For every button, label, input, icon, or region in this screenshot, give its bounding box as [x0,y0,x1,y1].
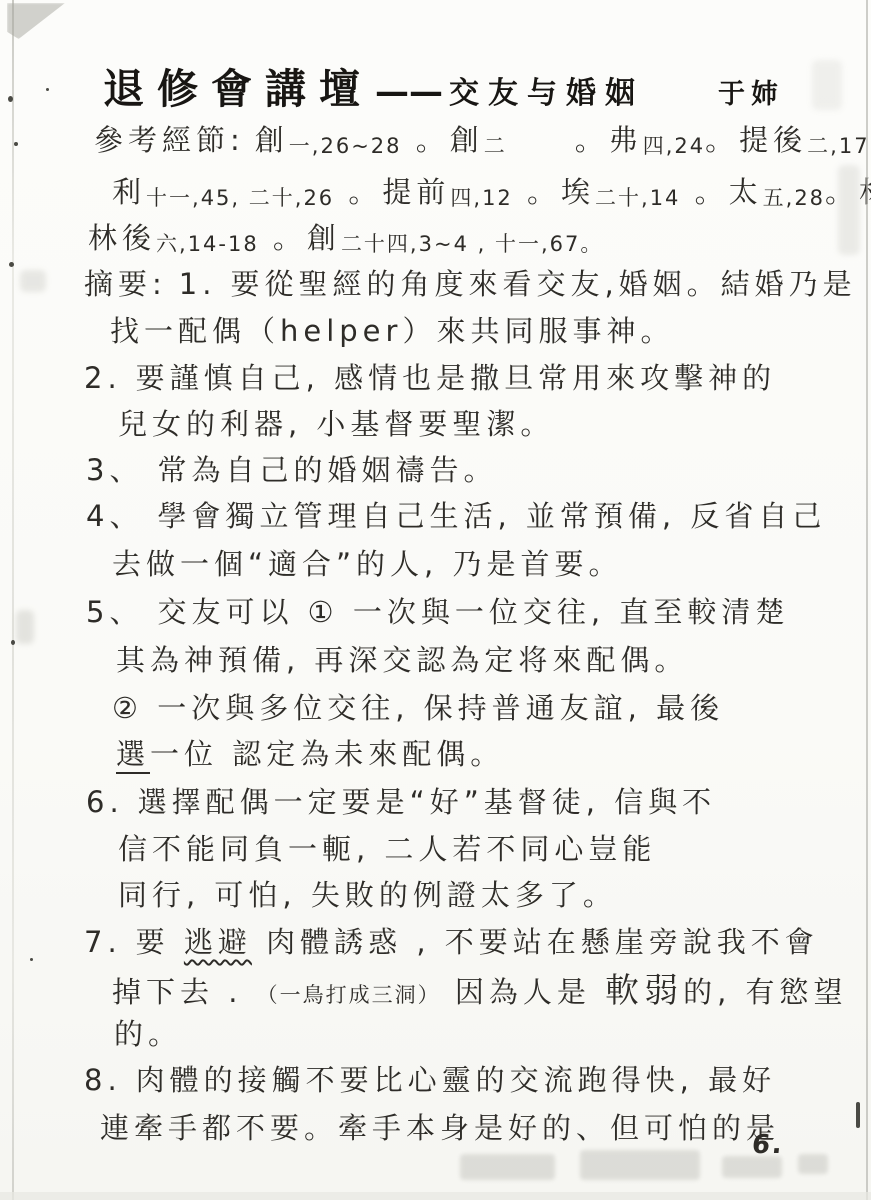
page-number: 6. [750,1130,785,1160]
scanned-document-page: 退修會講壇——交友与婚姻于姉 參考經節:創一,26~28 。創二 。弗四,24。… [0,0,871,1200]
text-segment: 二十,14 [595,186,680,210]
text-segment: 同行, 可怕, 失敗的例證太多了。 [118,878,617,912]
note-text: 要 逃避 肉體誘惑 , 不要站在懸崖旁說我不會 [136,925,819,959]
title-dash: —— [375,72,443,112]
item-number: 1. [179,267,217,301]
scripture-references-line-3: 林後六,14-18 。創二十四,3~4 , 十一,67。 [88,220,603,257]
scan-smudge [838,165,860,255]
ghost-bleed-blob [460,1154,555,1180]
text-segment: ② 一次與多位交往, 保持普通友誼, 最後 [112,691,724,725]
text-segment: 去做一個“適合”的人, 乃是首要。 [112,547,623,581]
text-segment: 。埃 [513,175,595,209]
text-segment: 要 [136,925,184,959]
summary-label: 摘要: [84,267,167,301]
text-segment: 要從聖經的角度來看交友,婚姻。結婚乃是 [230,267,856,301]
text-segment: 二,17 [807,134,869,158]
text-segment: 軟弱 [605,971,683,1011]
note-text: 選擇配偶一定要是“好”基督徒, 信與不 [138,785,717,819]
summary-item-2-line-2: 兒女的利器, 小基督要聖潔。 [118,406,554,442]
text-segment: 掉下去 . [112,975,257,1009]
text-segment: 十一,45, 二十,26 [146,186,334,210]
text-segment: 兒女的利器, 小基督要聖潔。 [118,407,554,441]
text-segment: 交友可以 ① 一次與一位交往, 直至較清楚 [157,595,789,629]
text-segment: 找一配偶（helper）來共同服事神。 [110,314,674,348]
text-segment: 信不能同負一軛, 二人若不同心豈能 [118,832,656,866]
item-number: 2. [84,361,122,395]
text-segment: 一,26~28 [289,134,402,158]
note-text: 要從聖經的角度來看交友,婚姻。結婚乃是 [230,267,856,301]
text-segment: 創 [255,123,289,157]
ghost-bleed-blob [798,1154,828,1174]
references-label: 參考經節: [94,123,245,157]
item-number: 3、 [86,453,143,487]
text-segment: 林後 [88,221,156,255]
ghost-bleed-blob [580,1150,700,1180]
scan-smudge [812,60,842,110]
page-title: 退修會講壇 [103,65,373,113]
summary-item-5-line-2: 其為神預備, 再深交認為定将來配偶。 [116,642,688,678]
text-segment: 二 [484,134,507,158]
text-segment: 利 [112,175,146,209]
text-segment: （一鳥打成三洞） [257,983,441,1007]
item-number: 5、 [86,595,143,629]
summary-item-1-line-1: 摘要:1.要從聖經的角度來看交友,婚姻。結婚乃是 [84,266,857,302]
text-segment: 要謹慎自己, 感情也是撒旦常用來攻擊神的 [136,361,776,395]
right-edge-line [866,0,868,1200]
note-text: 肉體的接觸不要比心靈的交流跑得快, 最好 [136,1063,776,1097]
text-segment: 。弗 [507,123,643,157]
text-segment: 學會獨立管理自己生活, 並常預備, 反省自己 [157,499,826,533]
summary-item-7-line-2: 掉下去 . （一鳥打成三洞） 因為人是 軟弱的, 有慾望 [112,970,848,1013]
scan-speck [856,1102,860,1128]
text-segment: 常為自己的婚姻禱告。 [157,453,497,487]
text-segment: 六,14-18 [156,232,259,256]
text-segment: 一位 認定為未來配偶。 [150,737,504,771]
summary-item-4-line-2: 去做一個“適合”的人, 乃是首要。 [112,546,623,582]
scan-speck [46,88,49,91]
text-segment: 。提後 [705,123,807,157]
summary-item-6-line-1: 6.選擇配偶一定要是“好”基督徒, 信與不 [86,784,716,820]
left-fold-line [12,0,14,1200]
text-segment: 其為神預備, 再深交認為定将來配偶。 [116,643,688,677]
scan-smudge [16,610,34,644]
note-text: 常為自己的婚姻禱告。 [157,453,497,487]
text-segment: 五,28 [763,186,825,210]
summary-item-5-line-1: 5、交友可以 ① 一次與一位交往, 直至較清楚 [86,594,789,630]
summary-item-5-line-3: ② 一次與多位交往, 保持普通友誼, 最後 [112,690,724,726]
text-segment: 四,12 [450,186,512,210]
summary-item-8-line-1: 8.肉體的接觸不要比心靈的交流跑得快, 最好 [84,1062,776,1098]
text-segment: 二十四,3~4 , 十一,67。 [341,232,603,256]
scan-speck [8,96,13,102]
note-text: 學會獨立管理自己生活, 並常預備, 反省自己 [157,499,826,533]
references-text: 創一,26~28 。創二 。弗四,24。提後二,17 [255,123,870,157]
text-segment: 四,24 [643,134,705,158]
title-line: 退修會講壇——交友与婚姻于姉 [103,64,784,115]
summary-item-4-line-1: 4、學會獨立管理自己生活, 並常預備, 反省自己 [86,498,826,534]
note-text: 交友可以 ① 一次與一位交往, 直至較清楚 [157,595,789,629]
summary-item-5-line-4: 選一位 認定為未來配偶。 [116,736,504,772]
text-segment: 因為人是 [441,975,605,1009]
scan-speck [11,640,15,645]
item-number: 8. [84,1063,122,1097]
text-segment: 肉體的接觸不要比心靈的交流跑得快, 最好 [136,1063,776,1097]
text-segment: 肉體誘惑 , 不要站在懸崖旁說我不會 [252,925,819,959]
text-segment: 。創 [402,123,484,157]
author-name: 于姉 [718,79,784,110]
scan-speck [30,958,33,961]
item-number: 7. [84,925,122,959]
corner-smudge [7,3,65,39]
scan-smudge [20,270,46,292]
text-segment: 的。 [114,1017,182,1051]
scripture-references-line-1: 參考經節:創一,26~28 。創二 。弗四,24。提後二,17 [94,122,870,159]
text-segment: 選擇配偶一定要是“好”基督徒, 信與不 [138,785,717,819]
text-segment: 。太 [680,175,762,209]
item-number: 6. [86,785,124,819]
item-number: 4、 [86,499,143,533]
summary-item-7-line-1: 7.要 逃避 肉體誘惑 , 不要站在懸崖旁說我不會 [84,924,819,960]
scan-speck [9,262,14,267]
scan-speck [14,142,18,146]
text-segment: 的, 有慾望 [683,975,847,1009]
page-subtitle: 交友与婚姻 [449,76,644,111]
text-segment: 連牽手都不要。牽手本身是好的、但可怕的是 [100,1111,780,1145]
summary-item-8-line-2: 連牽手都不要。牽手本身是好的、但可怕的是 [100,1110,780,1146]
summary-item-6-line-2: 信不能同負一軛, 二人若不同心豈能 [118,831,656,867]
text-segment: 。提前 [334,175,450,209]
summary-item-3-line-1: 3、常為自己的婚姻禱告。 [86,452,497,488]
bottom-scan-strip [0,1192,871,1200]
text-segment: 逃避 [184,925,252,959]
summary-item-1-line-2: 找一配偶（helper）來共同服事神。 [110,313,674,349]
scripture-references-line-2: 利十一,45, 二十,26 。提前四,12 。埃二十,14 。太五,28。林前六… [112,174,871,211]
summary-item-2-line-1: 2.要謹慎自己, 感情也是撒旦常用來攻擊神的 [84,360,776,396]
text-segment: 選 [116,737,150,774]
summary-item-6-line-3: 同行, 可怕, 失敗的例證太多了。 [118,877,617,913]
text-segment: 。創 [259,221,341,255]
note-text: 要謹慎自己, 感情也是撒旦常用來攻擊神的 [136,361,776,395]
summary-item-7-line-3: 的。 [114,1016,182,1052]
